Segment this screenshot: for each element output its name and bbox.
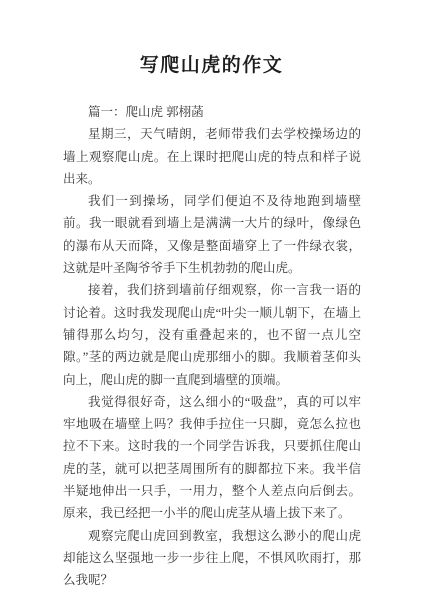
document-title: 写爬山虎的作文: [0, 50, 423, 77]
essay-body: 篇一：爬山虎 郭栩菡星期三，天气晴朗，老师带我们去学校操场边的墙上观察爬山虎。在…: [63, 101, 361, 592]
essay-paragraph: 接着，我们挤到墙前仔细观察，你一言我一语的讨论着。这时我发现爬山虎“叶尖一顺儿朝…: [63, 279, 361, 390]
essay-paragraph: 我觉得很好奇，这么细小的“吸盘”，真的可以牢牢地吸在墙壁上吗？我伸手拉住一只脚，…: [63, 391, 361, 525]
essay-paragraph: 观察完爬山虎回到教室，我想这么渺小的爬山虎却能这么坚强地一步一步往上爬，不惧风吹…: [63, 525, 361, 592]
essay-paragraph: 星期三，天气晴朗，老师带我们去学校操场边的墙上观察爬山虎。在上课时把爬山虎的特点…: [63, 123, 361, 190]
essay-paragraph: 我们一到操场，同学们便迫不及待地跑到墙壁前。我一眼就看到墙上是满满一大片的绿叶，…: [63, 190, 361, 279]
document-page: 写爬山虎的作文 篇一：爬山虎 郭栩菡星期三，天气晴朗，老师带我们去学校操场边的墙…: [0, 0, 423, 600]
essay-paragraph: 篇一：爬山虎 郭栩菡: [63, 101, 361, 123]
